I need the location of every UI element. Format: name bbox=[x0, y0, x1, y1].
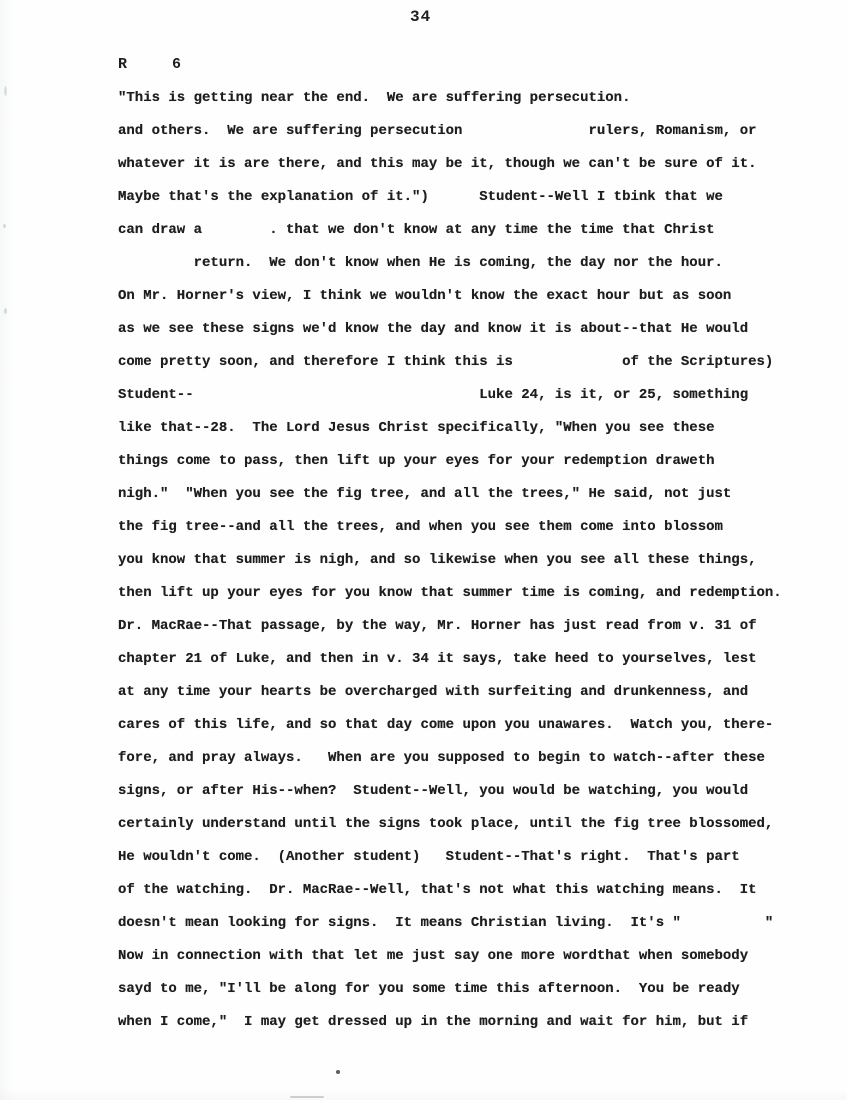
text-line: like that--28. The Lord Jesus Christ spe… bbox=[118, 412, 818, 445]
text-line: whatever it is are there, and this may b… bbox=[118, 148, 818, 181]
document-page: 34 R 6 "This is getting near the end. We… bbox=[0, 0, 847, 1100]
text-line: of the watching. Dr. MacRae--Well, that'… bbox=[118, 874, 818, 907]
text-line: you know that summer is nigh, and so lik… bbox=[118, 544, 818, 577]
text-line: and others. We are suffering persecution… bbox=[118, 115, 818, 148]
text-line: On Mr. Horner's view, I think we wouldn'… bbox=[118, 280, 818, 313]
text-line: Maybe that's the explanation of it.") St… bbox=[118, 181, 818, 214]
scan-artifact bbox=[4, 86, 7, 96]
scan-artifact bbox=[4, 308, 7, 314]
text-line: the fig tree--and all the trees, and whe… bbox=[118, 511, 818, 544]
scan-artifact bbox=[336, 1070, 340, 1074]
scan-artifact bbox=[290, 1096, 324, 1098]
text-line: signs, or after His--when? Student--Well… bbox=[118, 775, 818, 808]
text-line: things come to pass, then lift up your e… bbox=[118, 445, 818, 478]
text-line: at any time your hearts be overcharged w… bbox=[118, 676, 818, 709]
text-line: when I come," I may get dressed up in th… bbox=[118, 1006, 818, 1039]
text-line: then lift up your eyes for you know that… bbox=[118, 577, 818, 610]
text-line: "This is getting near the end. We are su… bbox=[118, 82, 818, 115]
scan-artifact bbox=[3, 224, 6, 228]
text-line: Student-- Luke 24, is it, or 25, somethi… bbox=[118, 379, 818, 412]
text-line: Now in connection with that let me just … bbox=[118, 940, 818, 973]
text-line: come pretty soon, and therefore I think … bbox=[118, 346, 818, 379]
text-line: nigh." "When you see the fig tree, and a… bbox=[118, 478, 818, 511]
page-number: 34 bbox=[410, 8, 431, 26]
text-line: He wouldn't come. (Another student) Stud… bbox=[118, 841, 818, 874]
text-line: as we see these signs we'd know the day … bbox=[118, 313, 818, 346]
text-line: Dr. MacRae--That passage, by the way, Mr… bbox=[118, 610, 818, 643]
text-line: chapter 21 of Luke, and then in v. 34 it… bbox=[118, 643, 818, 676]
text-line: fore, and pray always. When are you supp… bbox=[118, 742, 818, 775]
text-line: return. We don't know when He is coming,… bbox=[118, 247, 818, 280]
text-line: can draw a . that we don't know at any t… bbox=[118, 214, 818, 247]
text-line: sayd to me, "I'll be along for you some … bbox=[118, 973, 818, 1006]
typewritten-text: "This is getting near the end. We are su… bbox=[118, 82, 818, 1039]
text-line: doesn't mean looking for signs. It means… bbox=[118, 907, 818, 940]
reference-code: R 6 bbox=[118, 56, 181, 73]
text-line: cares of this life, and so that day come… bbox=[118, 709, 818, 742]
text-line: certainly understand until the signs too… bbox=[118, 808, 818, 841]
